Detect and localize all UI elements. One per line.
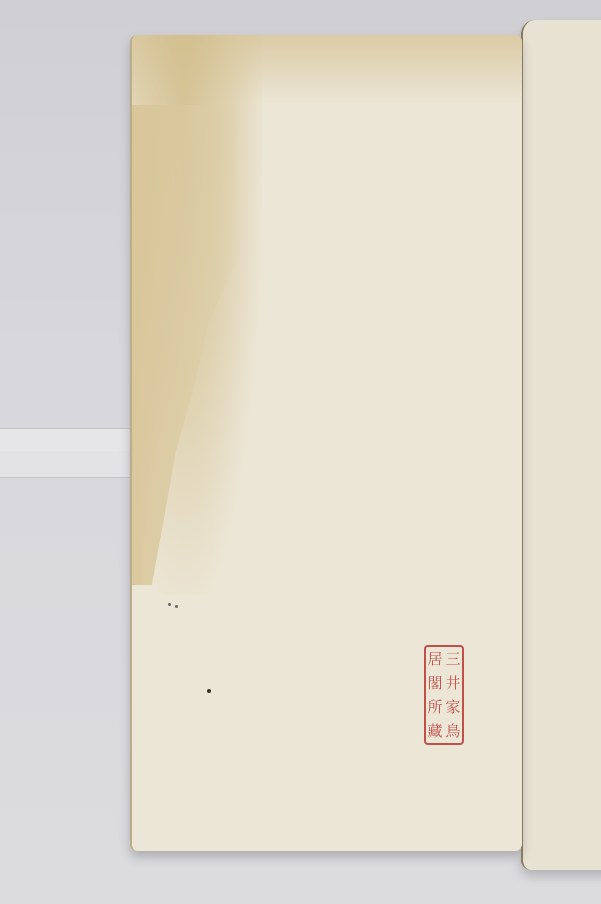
seal-char: 所 bbox=[426, 700, 444, 715]
seal-char: 閣 bbox=[426, 676, 444, 691]
seal-char: 三 bbox=[444, 652, 462, 667]
seal-char: 居 bbox=[426, 652, 444, 667]
seal-char: 井 bbox=[444, 676, 462, 691]
seal-char: 家 bbox=[444, 700, 462, 715]
ink-speck bbox=[168, 603, 171, 606]
ink-speck bbox=[207, 689, 211, 693]
ink-speck bbox=[175, 605, 178, 608]
facing-page bbox=[521, 20, 601, 870]
collector-seal: 居 三 閣 井 所 家 藏 鳥 bbox=[424, 645, 464, 745]
seal-char: 藏 bbox=[426, 724, 444, 739]
seal-char: 鳥 bbox=[444, 724, 462, 739]
background-strip-top bbox=[0, 428, 131, 452]
background-strip-bottom bbox=[0, 451, 131, 478]
